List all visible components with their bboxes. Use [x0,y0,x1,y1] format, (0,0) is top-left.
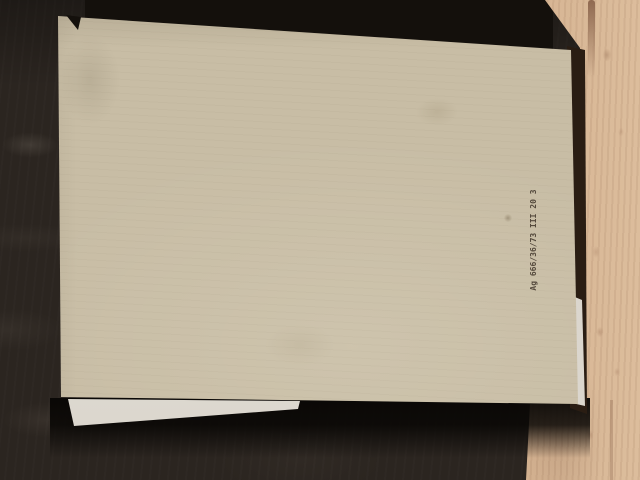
wood-seam-line [610,400,613,480]
photo-scene: Ag 666/36/73 III 20 3 [0,0,640,480]
wood-groove-line [588,0,595,78]
print-code-stamp: Ag 666/36/73 III 20 3 [527,184,541,296]
